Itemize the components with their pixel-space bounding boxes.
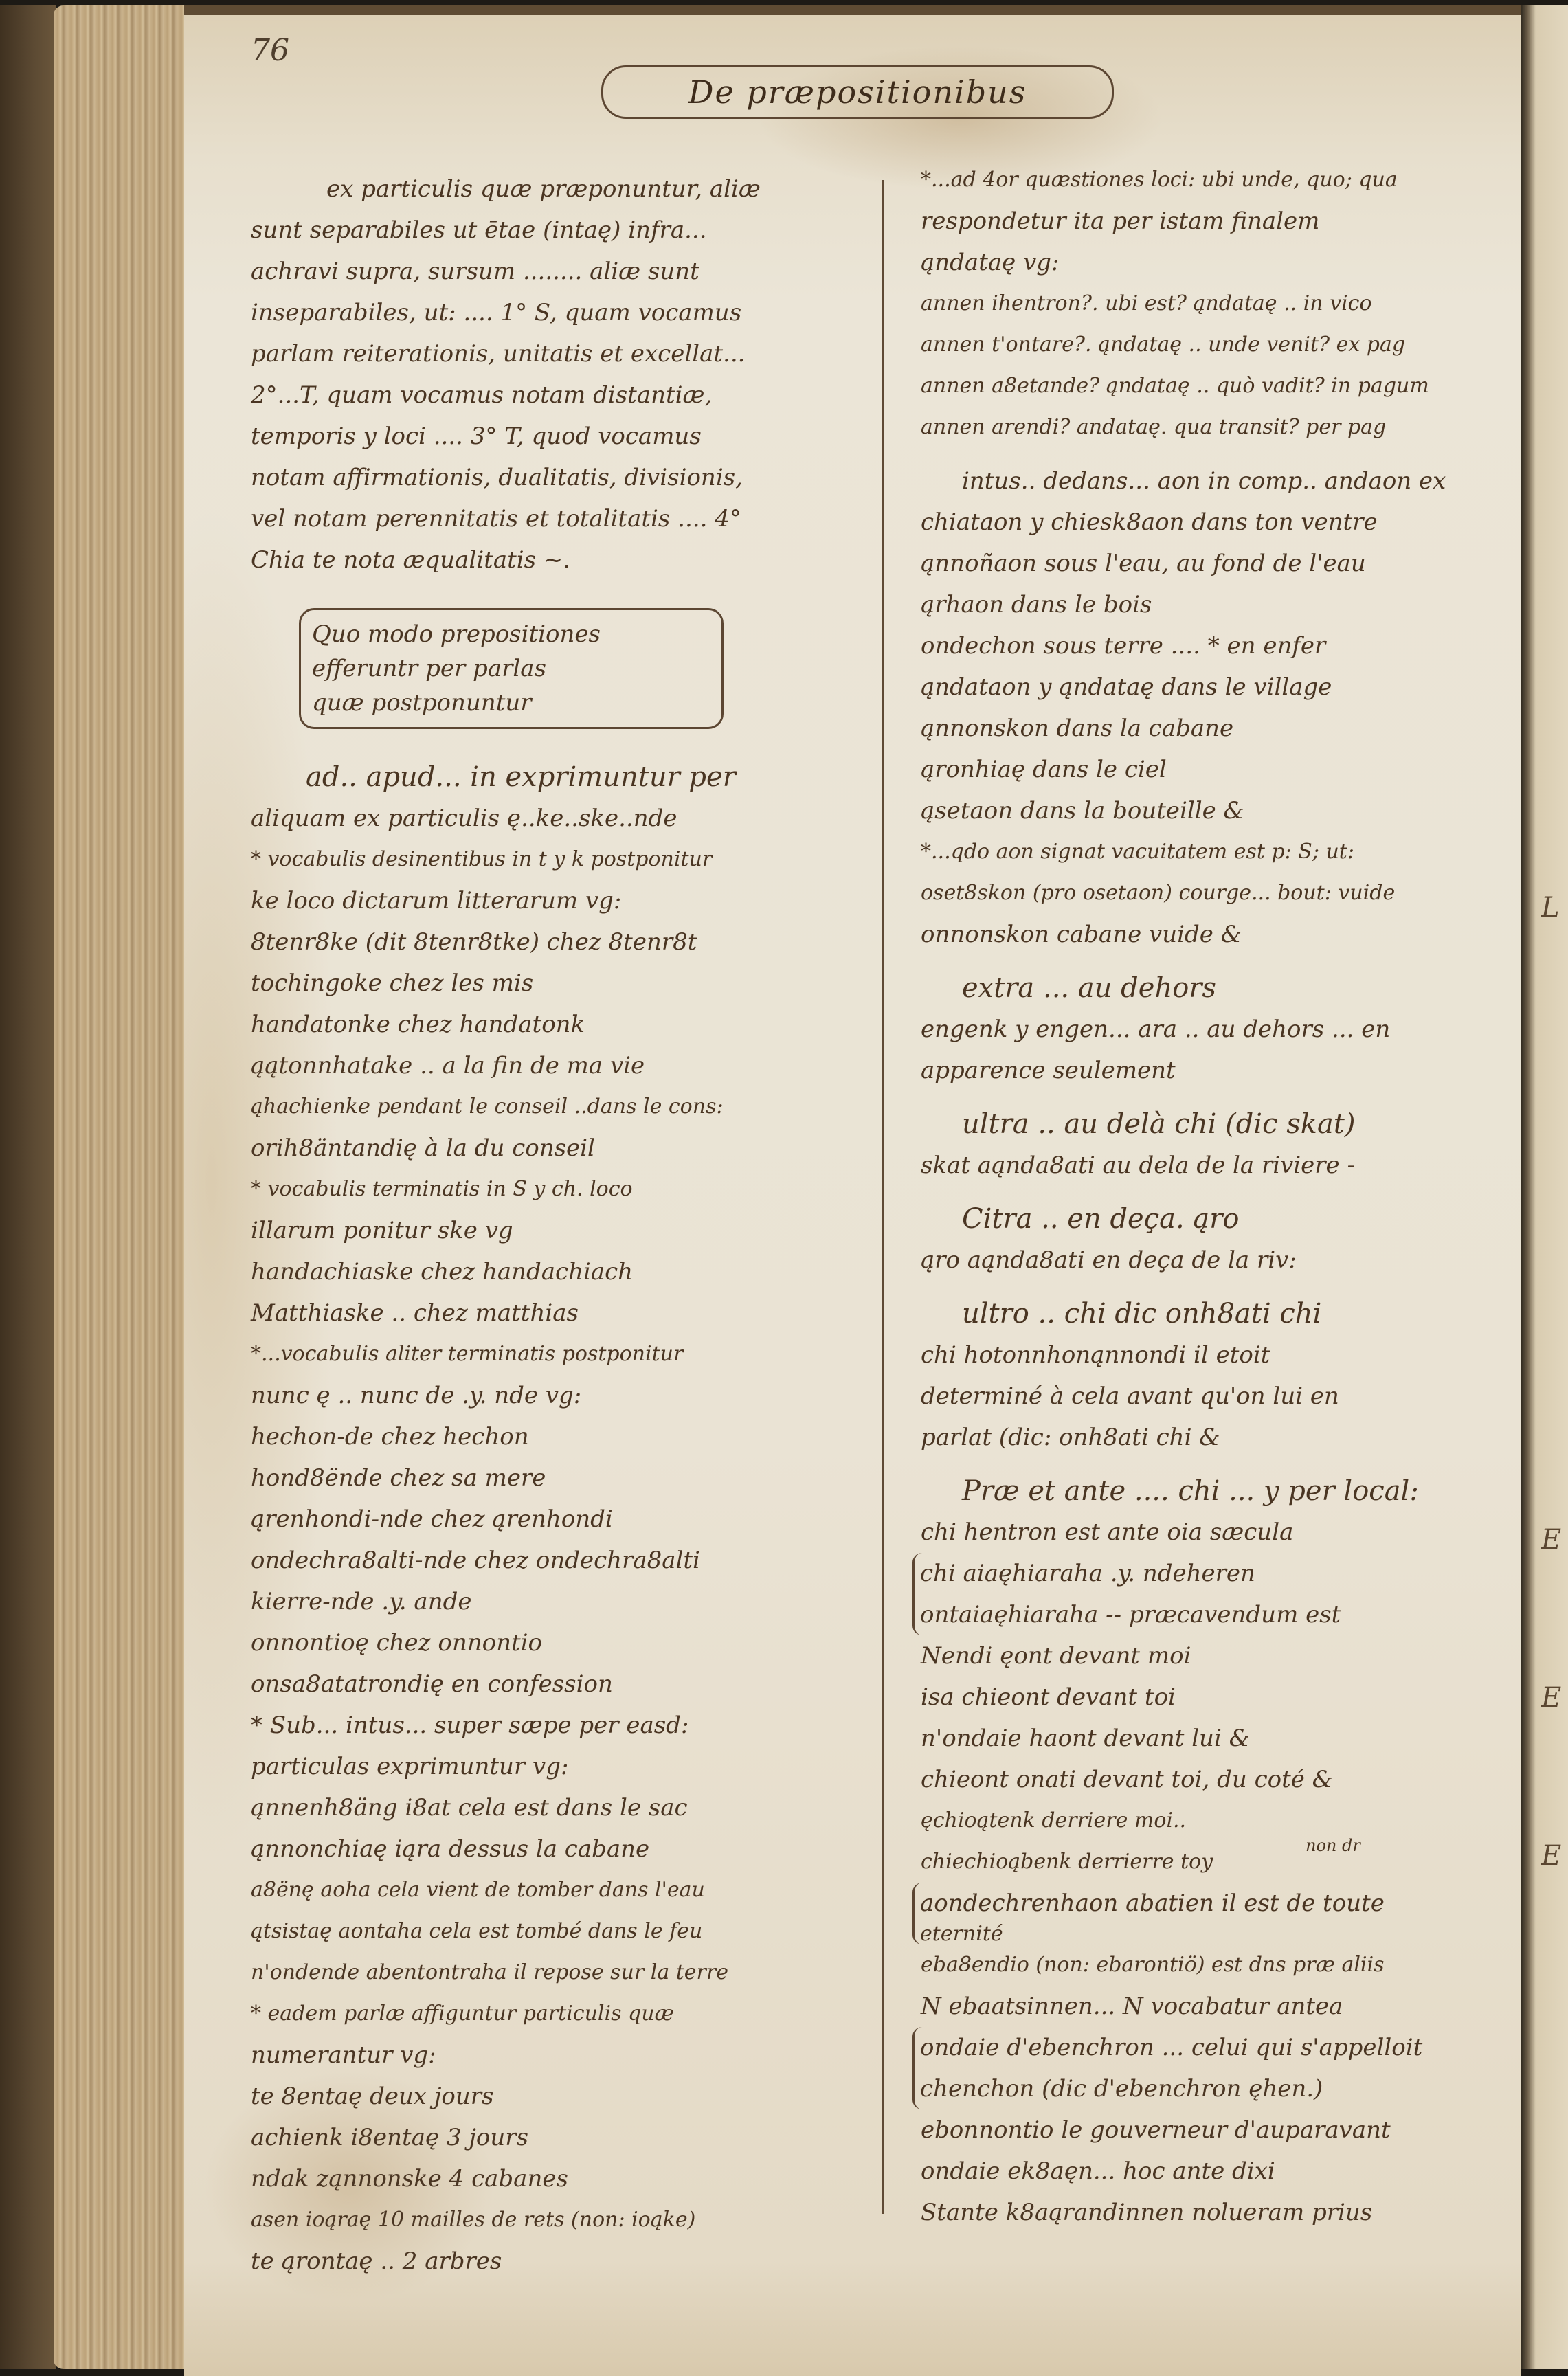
text-line: ondaie ek8aęn... hoc ante dixi <box>921 2151 1512 2192</box>
text-line: nunc ę .. nunc de .y. nde vg: <box>251 1375 873 1416</box>
text-line: onnontioę chez onnontio <box>251 1622 873 1663</box>
text-line: * eadem parlæ affiguntur particulis quæ <box>251 1993 873 2035</box>
text-line: annen t'ontare?. ąndataę .. unde venit? … <box>921 324 1512 366</box>
page-number: 76 <box>251 33 289 68</box>
text-line: ąndataę vg: <box>921 242 1512 283</box>
text-line: determiné à cela avant qu'on lui en <box>921 1376 1512 1417</box>
text-line: ąnnonchiaę iąra dessus la cabane <box>251 1828 873 1870</box>
text-line: *...vocabulis aliter terminatis postponi… <box>251 1334 873 1375</box>
section-heading: ad.. apud... in exprimuntur per <box>251 756 873 798</box>
text-line: chenchon (dic d'ebenchron ęhen.) <box>920 2068 1512 2109</box>
section-heading: Citra .. en deça. ąro <box>921 1198 1512 1240</box>
section-heading: ultra .. au delà chi (dic skat) <box>921 1103 1512 1145</box>
right-column: *...ad 4or quæstiones loci: ubi unde, qu… <box>921 159 1512 2233</box>
text-line: Chia te nota æqualitatis ~. <box>251 539 873 581</box>
text-line: eternité <box>920 1924 1512 1944</box>
text-line: ontaiaęhiaraha -- præcavendum est <box>920 1594 1512 1635</box>
text-line: handachiaske chez handachiach <box>251 1251 873 1292</box>
text-line: ąnnonskon dans la cabane <box>921 708 1512 749</box>
section-prae: Præ et ante .... chi ... y per local: ch… <box>921 1470 1512 2233</box>
text-line: * Sub... intus... super sæpe per easd: <box>251 1705 873 1746</box>
text-line: parlat (dic: onh8ati chi & <box>921 1417 1512 1458</box>
section-subtitle-box: Quo modo prepositiones efferuntr per par… <box>299 608 724 729</box>
text-line: achienk i8entaę 3 jours <box>251 2117 873 2158</box>
text-line: ndak ząnnonske 4 cabanes <box>251 2158 873 2199</box>
text-line: annen a8etande? ąndataę .. quò vadit? in… <box>921 366 1512 407</box>
text-line: ondechon sous terre .... * en enfer <box>921 625 1512 666</box>
text-line: *...qdo aon signat vacuitatem est p: S; … <box>921 831 1512 873</box>
section-ultra: ultra .. au delà chi (dic skat) skat aąn… <box>921 1103 1512 1186</box>
text-line: chi aiaęhiaraha .y. ndeheren <box>920 1553 1512 1594</box>
text-line: ąndataon y ąndataę dans le village <box>921 666 1512 708</box>
text-line: notam affirmationis, dualitatis, divisio… <box>251 457 873 498</box>
text-line: annen arendi? andataę. qua transit? per … <box>921 407 1512 448</box>
section-numbers: * eadem parlæ affiguntur particulis quæ … <box>251 1993 873 2282</box>
text-line: hechon-de chez hechon <box>251 1416 873 1457</box>
section-heading: Præ et ante .... chi ... y per local: <box>921 1470 1512 1512</box>
text-line: numerantur vg: <box>251 2035 873 2076</box>
text-line: particulas exprimuntur vg: <box>251 1746 873 1787</box>
text-line: ąsetaon dans la bouteille & <box>921 790 1512 831</box>
text-line: vel notam perennitatis et totalitatis ..… <box>251 498 873 539</box>
text-line: onnonskon cabane vuide & <box>921 914 1512 955</box>
text-line: sunt separabiles ut ētae (intaę) infra..… <box>251 210 873 251</box>
text-line: ąrhaon dans le bois <box>921 584 1512 625</box>
text-line: engenk y engen... ara .. au dehors ... e… <box>921 1009 1512 1050</box>
text-line: chiechioąbenk derrierre toy <box>921 1841 1512 1883</box>
section-heading: ultro .. chi dic onh8ati chi <box>921 1293 1512 1334</box>
section-ultro: ultro .. chi dic onh8ati chi chi hotonnh… <box>921 1293 1512 1458</box>
text-line: annen ihentron?. ubi est? ąndataę .. in … <box>921 283 1512 324</box>
text-line: Nendi ęont devant moi <box>921 1635 1512 1677</box>
text-line: ąronhiaę dans le ciel <box>921 749 1512 790</box>
text-line: 8tenr8ke (dit 8tenr8tke) chez 8tenr8t <box>251 921 873 963</box>
text-line: ątsistaę aontaha cela est tombé dans le … <box>251 1911 873 1952</box>
section-s-ch: * vocabulis terminatis in S y ch. loco i… <box>251 1169 873 1334</box>
text-line: ebonnontio le gouverneur d'auparavant <box>921 2109 1512 2151</box>
text-line: a8ënę aoha cela vient de tomber dans l'e… <box>251 1870 873 1911</box>
text-line: ąątonnhatake .. a la fin de ma vie <box>251 1045 873 1086</box>
text-line: onsa8atatrondię en confession <box>251 1663 873 1705</box>
bracket-group-margin-note: ęchioątenk derriere moi.. chiechioąbenk … <box>921 1800 1512 1883</box>
text-line: apparence seulement <box>921 1050 1512 1091</box>
text-line: ąro aąnda8ati en deça de la riv: <box>921 1240 1512 1281</box>
left-column: ex particulis quæ præponuntur, aliæ sunt… <box>251 168 873 2282</box>
facing-page-glyph: E <box>1541 1524 1561 1556</box>
text-line: te ąrontaę .. 2 arbres <box>251 2241 873 2282</box>
text-line: ęchioątenk derriere moi.. <box>921 1800 1512 1841</box>
text-line: Stante k8aąrandinnen nolueram prius <box>921 2192 1512 2233</box>
text-line: Matthiaske .. chez matthias <box>251 1292 873 1334</box>
text-line: ąhachienke pendant le conseil ..dans le … <box>251 1086 873 1128</box>
text-line: te 8entaę deux jours <box>251 2076 873 2117</box>
text-line: oset8skon (pro osetaon) courge... bout: … <box>921 873 1512 914</box>
text-line: handatonke chez handatonk <box>251 1004 873 1045</box>
text-line: eba8endio (non: ebarontiö) est dns præ a… <box>921 1944 1512 1986</box>
bracket-group: ondaie d'ebenchron ... celui qui s'appel… <box>912 2027 1512 2109</box>
section-heading: intus.. dedans... aon in comp.. andaon e… <box>921 460 1512 502</box>
bracket-group: aondechrenhaon abatien il est de toute e… <box>912 1883 1512 1944</box>
facing-page-edge: L E E E <box>1521 5 1568 2369</box>
text-line: kierre-nde .y. ande <box>251 1581 873 1622</box>
text-line: hond8ënde chez sa mere <box>251 1457 873 1499</box>
text-line: respondetur ita per istam finalem <box>921 201 1512 242</box>
section-citra: Citra .. en deça. ąro ąro aąnda8ati en d… <box>921 1198 1512 1281</box>
text-line: *...ad 4or quæstiones loci: ubi unde, qu… <box>921 159 1512 201</box>
section-intus: intus.. dedans... aon in comp.. andaon e… <box>921 460 1512 955</box>
text-line: ke loco dictarum litterarum vg: <box>251 880 873 921</box>
text-line: ex particulis quæ præponuntur, aliæ <box>251 168 873 210</box>
subtitle-line: quæ postponuntur <box>312 686 710 720</box>
section-extra: extra ... au dehors engenk y engen... ar… <box>921 967 1512 1091</box>
section-heading: extra ... au dehors <box>921 967 1512 1009</box>
text-line: chiataon y chiesk8aon dans ton ventre <box>921 502 1512 543</box>
text-line: inseparabiles, ut: .... 1° S, quam vocam… <box>251 292 873 333</box>
facing-page-glyph: E <box>1541 1682 1561 1714</box>
text-line: chieont onati devant toi, du coté & <box>921 1759 1512 1800</box>
book-binding <box>0 5 56 2369</box>
page-title: De præpositionibus <box>601 65 1114 119</box>
margin-note: non dr <box>1306 1836 1360 1855</box>
section-ad: ad.. apud... in exprimuntur per aliquam … <box>251 756 873 1169</box>
text-line: n'ondende abentontraha il repose sur la … <box>251 1952 873 1993</box>
intro-paragraph: ex particulis quæ præponuntur, aliæ sunt… <box>251 168 873 581</box>
text-line: illarum ponitur ske vg <box>251 1210 873 1251</box>
text-line: 2°...T, quam vocamus notam distantiæ, <box>251 374 873 416</box>
text-line: ondechra8alti-nde chez ondechra8alti <box>251 1540 873 1581</box>
text-line: aondechrenhaon abatien il est de toute <box>920 1883 1512 1924</box>
text-line: ondaie d'ebenchron ... celui qui s'appel… <box>920 2027 1512 2068</box>
subtitle-line: efferuntr per parlas <box>312 651 710 686</box>
text-line: skat aąnda8ati au dela de la riviere - <box>921 1145 1512 1186</box>
text-line: ąnnenh8äng i8at cela est dans le sac <box>251 1787 873 1828</box>
text-line: n'ondaie haont devant lui & <box>921 1718 1512 1759</box>
bracket-group: chi aiaęhiaraha .y. ndeheren ontaiaęhiar… <box>912 1553 1512 1635</box>
text-line: tochingoke chez les mis <box>251 963 873 1004</box>
text-line: ąnnoñaon sous l'eau, au fond de l'eau <box>921 543 1512 584</box>
text-line: achravi supra, sursum ........ aliæ sunt <box>251 251 873 292</box>
text-line: ąrenhondi-nde chez ąrenhondi <box>251 1499 873 1540</box>
section-sub: * Sub... intus... super sæpe per easd: p… <box>251 1705 873 1993</box>
text-line: parlam reiterationis, unitatis et excell… <box>251 333 873 374</box>
text-line: isa chieont devant toi <box>921 1677 1512 1718</box>
text-line: * vocabulis desinentibus in t y k postpo… <box>251 839 873 880</box>
text-line: N ebaatsinnen... N vocabatur antea <box>921 1986 1512 2027</box>
section-aliter: *...vocabulis aliter terminatis postponi… <box>251 1334 873 1705</box>
text-line: chi hentron est ante oia sæcula <box>921 1512 1512 1553</box>
text-line: chi hotonnhonąnnondi il etoit <box>921 1334 1512 1376</box>
text-line: aliquam ex particulis ę..ke..ske..nde <box>251 798 873 839</box>
text-line: * vocabulis terminatis in S y ch. loco <box>251 1169 873 1210</box>
section-questions: *...ad 4or quæstiones loci: ubi unde, qu… <box>921 159 1512 448</box>
page-edges <box>54 5 188 2369</box>
text-line: orih8äntandię à la du conseil <box>251 1128 873 1169</box>
subtitle-line: Quo modo prepositiones <box>312 617 710 651</box>
text-line: asen ioąraę 10 mailles de rets (non: ioą… <box>251 2199 873 2241</box>
text-line: temporis y loci .... 3° T, quod vocamus <box>251 416 873 457</box>
facing-page-glyph: L <box>1541 892 1560 923</box>
facing-page-glyph: E <box>1541 1840 1561 1872</box>
column-divider <box>882 180 884 2214</box>
